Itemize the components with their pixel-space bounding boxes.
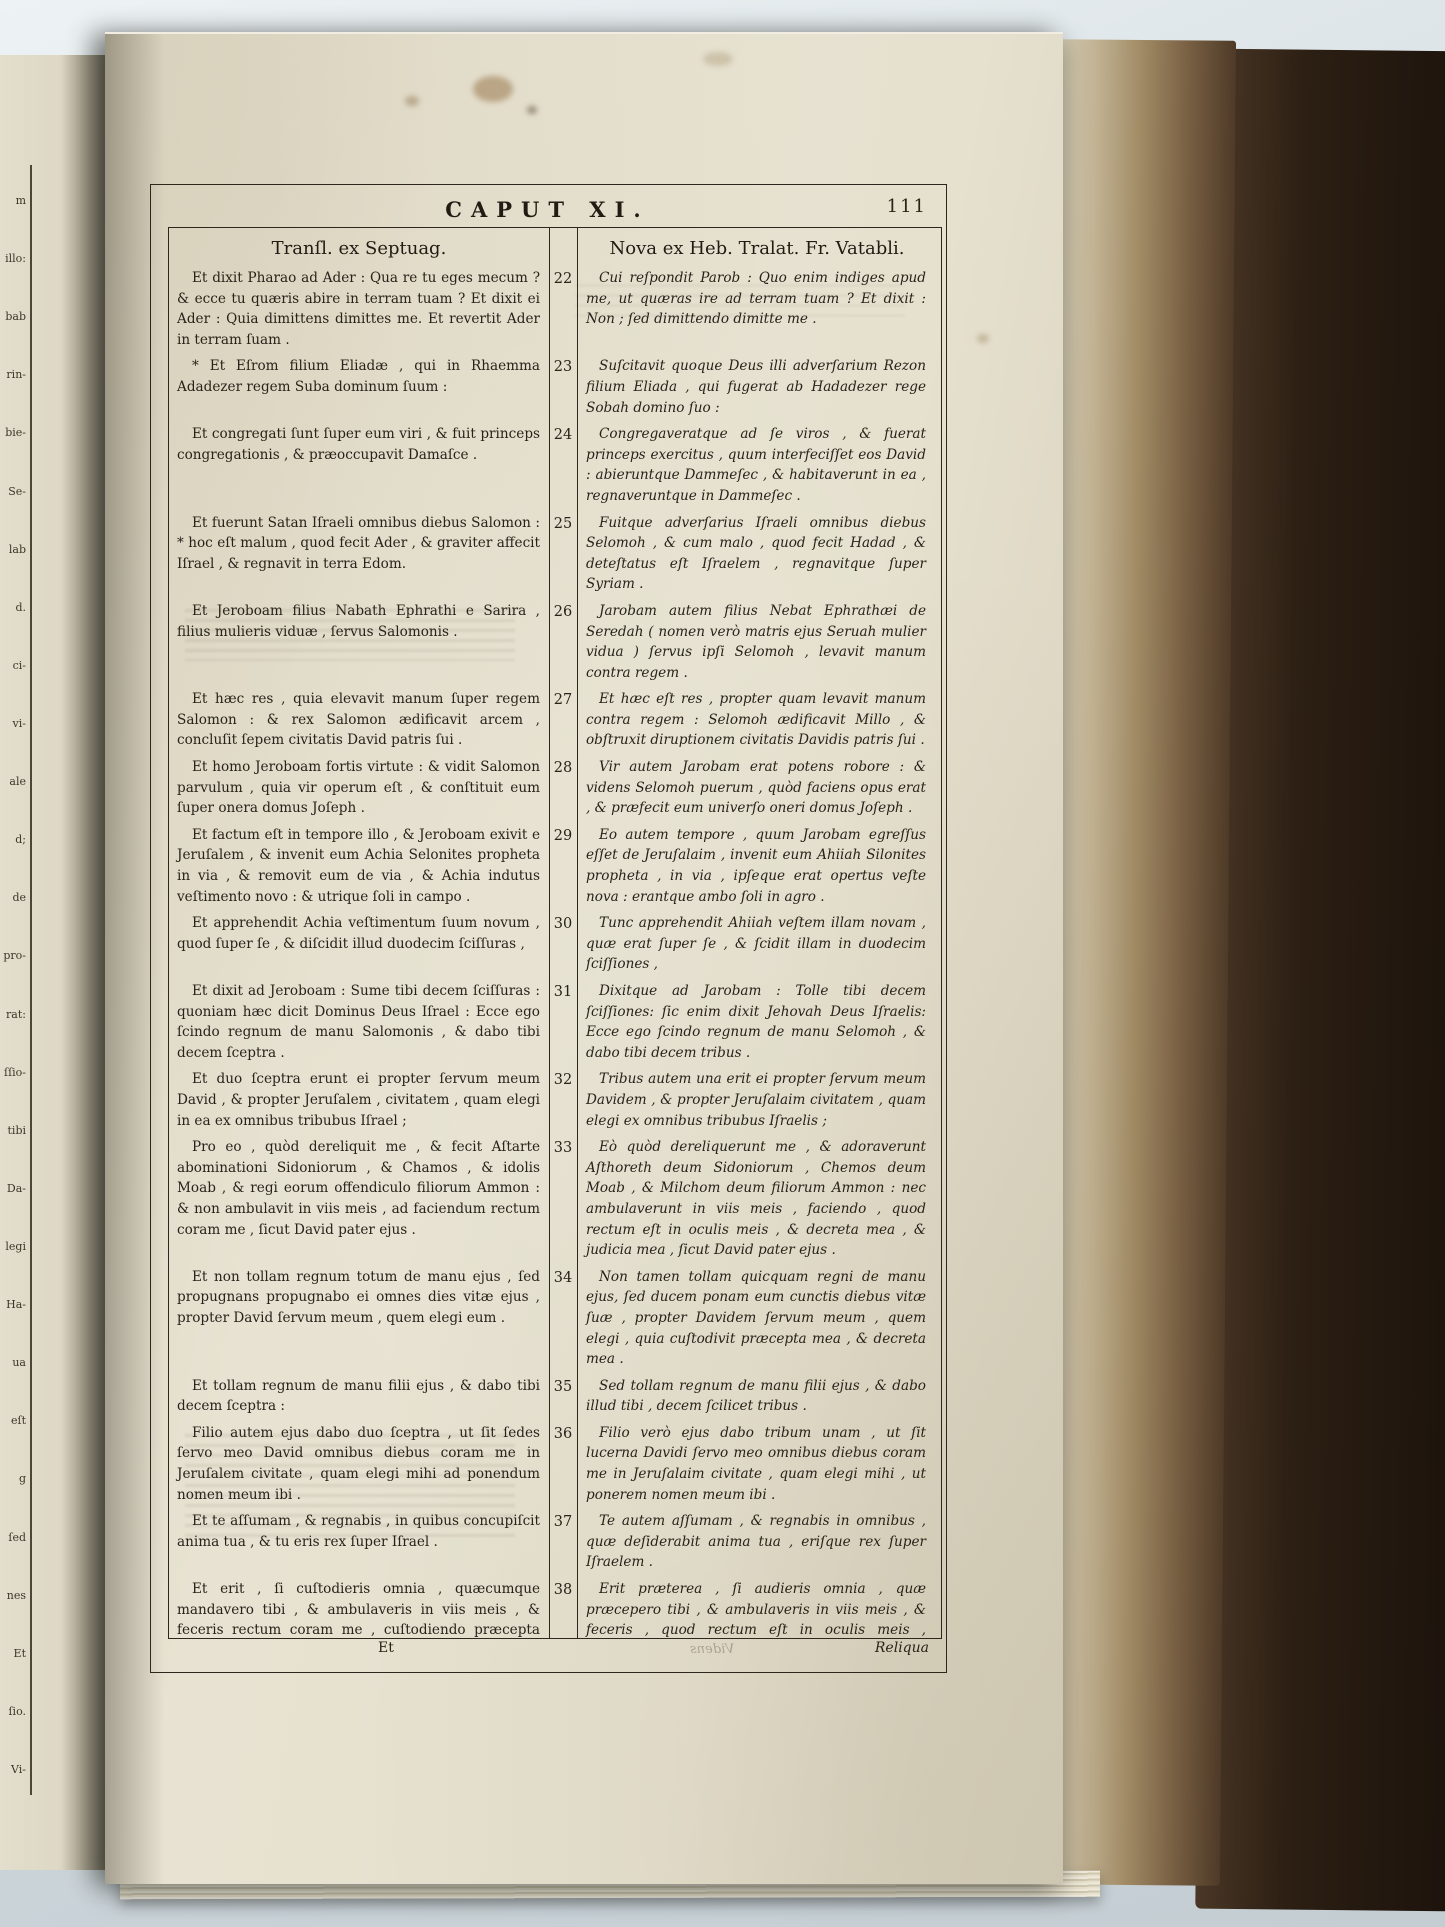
ink-stain	[977, 334, 989, 343]
column-header-right: Nova ex Heb. Tralat. Fr. Vatabli.	[577, 228, 937, 268]
facing-page-fragment: Se-	[8, 486, 26, 497]
verse-text-vatablus: Suſcitavit quoque Deus illi adverſarium …	[577, 356, 937, 424]
facing-page-fragment: ſed	[8, 1532, 26, 1543]
verse-text-septuagint: * Et Eſrom filium Eliadæ , qui in Rhaemm…	[169, 356, 549, 424]
verse-text-septuagint: Pro eo , quòd dereliquit me , & fecit Aſ…	[169, 1137, 549, 1267]
book-page: CAPUT XI. 111 Tranſl. ex Septuag. Nova e…	[105, 32, 1063, 1884]
verse-text-vatablus: Jarobam autem filius Nebat Ephrathæi de …	[577, 601, 937, 689]
facing-page-fragment: legi	[5, 1241, 26, 1252]
verse-text-septuagint: Et fuerunt Satan Iſraeli omnibus diebus …	[169, 513, 549, 601]
verse-text-vatablus: Fuitque adverſarius Iſraeli omnibus dieb…	[577, 513, 937, 601]
facing-page-fragment: m	[16, 195, 26, 206]
verse-number: 38	[549, 1579, 577, 1639]
verse-number: 25	[549, 513, 577, 601]
verse-text-septuagint: Et duo ſceptra erunt ei propter ſervum m…	[169, 1069, 549, 1137]
facing-page-fragment: illo:	[5, 253, 26, 264]
column-header-left: Tranſl. ex Septuag.	[169, 228, 549, 268]
verse-text-vatablus: Sed tollam regnum de manu filii ejus , &…	[577, 1376, 937, 1423]
running-head: CAPUT XI. 111	[150, 192, 945, 226]
verse-number: 36	[549, 1423, 577, 1511]
facing-page-fragment: d;	[15, 834, 26, 845]
facing-page-fragment: bab	[5, 311, 26, 322]
text-frame: Tranſl. ex Septuag. Nova ex Heb. Tralat.…	[168, 227, 942, 1639]
ink-stain	[703, 52, 733, 66]
facing-page-sliver: millo:babrin-bie-Se-labd.ci-vi-aled;depr…	[0, 55, 112, 1870]
verse-text-vatablus: Congregaveratque ad ſe viros , & fuerat …	[577, 424, 937, 512]
gutter-rule-right	[577, 228, 578, 1638]
ink-stain	[473, 76, 513, 102]
verse-text-vatablus: Filio verò ejus dabo tribum unam , ut ſi…	[577, 1423, 937, 1511]
verse-text-septuagint: Et te aſſumam , & regnabis , in quibus c…	[169, 1511, 549, 1579]
verse-text-vatablus: Eò quòd dereliquerunt me , & adoraverunt…	[577, 1137, 937, 1267]
verse-text-vatablus: Non tamen tollam quicquam regni de manu …	[577, 1267, 937, 1376]
facing-page-border-rule	[30, 165, 32, 1795]
catchword-row: Et Reliqua	[150, 1640, 945, 1666]
verse-text-septuagint: Et dixit ad Jeroboam : Sume tibi decem ſ…	[169, 981, 549, 1069]
facing-page-fragment: tibi	[8, 1125, 27, 1136]
verse-text-vatablus: Eo autem tempore , quum Jarobam egreſſus…	[577, 825, 937, 913]
verse-text-septuagint: Et Jeroboam filius Nabath Ephrathi e Sar…	[169, 601, 549, 689]
facing-page-fragment: Ha-	[6, 1299, 26, 1310]
facing-page-fragment: vi-	[13, 718, 26, 729]
page-number: 111	[887, 196, 927, 217]
verse-number: 37	[549, 1511, 577, 1579]
mirrored-show-through-text: Videns	[690, 1642, 734, 1657]
ink-stain	[405, 96, 419, 106]
facing-page-fragment: ale	[9, 776, 26, 787]
gutter-header	[549, 228, 577, 268]
verse-number: 33	[549, 1137, 577, 1267]
verse-text-septuagint: Et dixit Pharao ad Ader : Qua re tu eges…	[169, 268, 549, 356]
ink-stain	[527, 106, 537, 114]
facing-page-fragment: rin-	[6, 369, 26, 380]
verse-number: 31	[549, 981, 577, 1069]
verse-text-septuagint: Et tollam regnum de manu filii ejus , & …	[169, 1376, 549, 1423]
facing-page-fragments: millo:babrin-bie-Se-labd.ci-vi-aled;depr…	[0, 195, 26, 1775]
verse-text-septuagint: Et non tollam regnum totum de manu ejus …	[169, 1267, 549, 1376]
verse-text-vatablus: Tribus autem una erit ei propter ſervum …	[577, 1069, 937, 1137]
verse-text-septuagint: Et apprehendit Achia veſtimentum ſuum no…	[169, 913, 549, 981]
verse-number: 29	[549, 825, 577, 913]
verse-number: 23	[549, 356, 577, 424]
facing-page-fragment: ſio.	[8, 1706, 26, 1717]
facing-page-fragment: ua	[12, 1357, 26, 1368]
facing-page-fragment: Da-	[7, 1183, 26, 1194]
facing-page-fragment: g	[19, 1473, 26, 1484]
verse-text-septuagint: Et congregati ſunt ſuper eum viri , & fu…	[169, 424, 549, 512]
verse-text-septuagint: Et hæc res , quia elevavit manum ſuper r…	[169, 689, 549, 757]
verse-text-septuagint: Et erit , ſi cuſtodieris omnia , quæcumq…	[169, 1579, 549, 1639]
verse-text-vatablus: Erit præterea , ſi audieris omnia , quæ …	[577, 1579, 937, 1639]
facing-page-fragment: pro-	[3, 950, 26, 961]
verse-number: 24	[549, 424, 577, 512]
verse-text-septuagint: Et homo Jeroboam fortis virtute : & vidi…	[169, 757, 549, 825]
photo-scene: millo:babrin-bie-Se-labd.ci-vi-aled;depr…	[0, 0, 1445, 1927]
gutter-rule-left	[549, 228, 550, 1638]
facing-page-fragment: lab	[9, 544, 26, 555]
verse-text-vatablus: Et hæc eſt res , propter quam levavit ma…	[577, 689, 937, 757]
facing-page-fragment: ci-	[13, 660, 26, 671]
facing-page-fragment: eſt	[11, 1415, 26, 1426]
verse-text-vatablus: Tunc apprehendit Ahiiah veſtem illam nov…	[577, 913, 937, 981]
facing-page-fragment: ſſio-	[4, 1067, 26, 1078]
fore-edge-page-stack	[1040, 39, 1236, 1886]
verse-text-vatablus: Vir autem Jarobam erat potens robore : &…	[577, 757, 937, 825]
verse-text-vatablus: Cui reſpondit Parob : Quo enim indiges a…	[577, 268, 937, 356]
verse-number: 27	[549, 689, 577, 757]
verse-text-vatablus: Te autem aſſumam , & regnabis in omnibus…	[577, 1511, 937, 1579]
parallel-text-grid: Tranſl. ex Septuag. Nova ex Heb. Tralat.…	[169, 228, 937, 1639]
facing-page-fragment: de	[12, 892, 26, 903]
verse-number: 32	[549, 1069, 577, 1137]
facing-page-fragment: bie-	[5, 427, 26, 438]
verse-number: 22	[549, 268, 577, 356]
facing-page-fragment: d.	[15, 602, 26, 613]
verse-number: 35	[549, 1376, 577, 1423]
verse-text-septuagint: Filio autem ejus dabo duo ſceptra , ut ſ…	[169, 1423, 549, 1511]
catchword-left: Et	[378, 1640, 394, 1656]
facing-page-fragment: Et	[14, 1648, 26, 1659]
verse-number: 30	[549, 913, 577, 981]
verse-number: 34	[549, 1267, 577, 1376]
verse-text-vatablus: Dixitque ad Jarobam : Tolle tibi decem ſ…	[577, 981, 937, 1069]
chapter-title: CAPUT XI.	[445, 197, 649, 222]
facing-page-fragment: rat:	[6, 1009, 26, 1020]
facing-page-fragment: Vi-	[11, 1764, 26, 1775]
verse-number: 26	[549, 601, 577, 689]
verse-number: 28	[549, 757, 577, 825]
facing-page-fragment: nes	[7, 1590, 26, 1601]
catchword-right: Reliqua	[875, 1640, 929, 1656]
verse-text-septuagint: Et factum eſt in tempore illo , & Jerobo…	[169, 825, 549, 913]
